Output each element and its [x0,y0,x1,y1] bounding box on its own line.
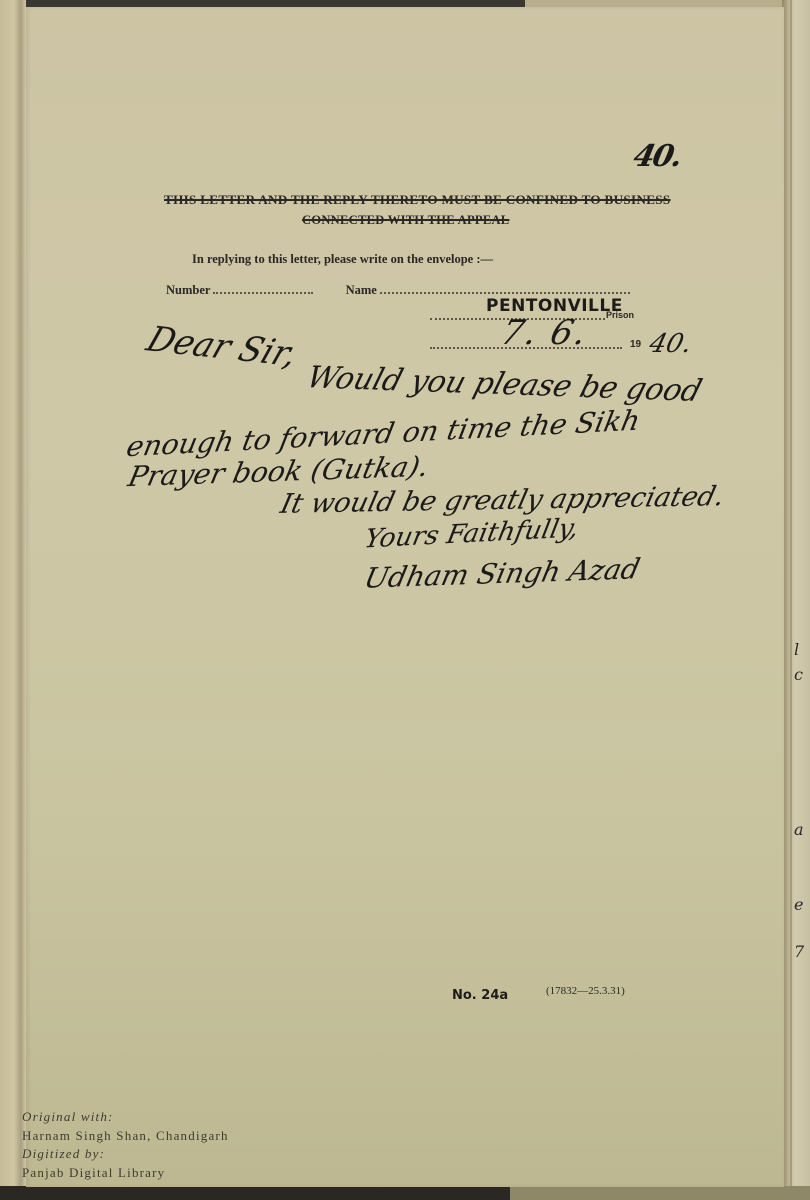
print-code: (17832—25.3.31) [546,985,625,997]
digitized-value: Panjab Digital Library [22,1164,229,1183]
book-left-edge [0,0,26,1200]
number-label: Number [166,283,210,297]
original-label: Original with: [22,1108,229,1127]
handwritten-year: 40. [646,329,695,359]
digitization-credits: Original with: Harnam Singh Shan, Chandi… [22,1108,229,1182]
adjacent-page-mark: 7 [794,942,804,961]
name-field-dots [380,284,630,294]
scan-top-shadow [20,0,525,7]
form-number: No. 24a [452,988,508,1003]
prison-label: Prison [606,310,634,320]
reply-instruction: In replying to this letter, please write… [192,252,493,267]
adjacent-page-mark: l [794,640,799,659]
adjacent-page [782,0,810,1200]
struck-header-line-1: THIS LETTER AND THE REPLY THERETO MUST B… [164,193,671,208]
adjacent-page-mark: e [794,895,803,914]
letter-line: Would you please be good [303,360,706,409]
date-field-dots [430,347,622,349]
struck-header-line-2: CONNECTED WITH THE APPEAL [302,213,509,228]
letter-signature: Udham Singh Azad [361,552,643,594]
letter-line: It would be greatly appreciated. [277,481,727,520]
scan-bottom-shadow [0,1186,510,1200]
letter-closing: Yours Faithfully, [362,513,581,554]
adjacent-page-mark: c [794,665,803,684]
folio-number: 40. [630,139,684,174]
name-label: Name [346,283,377,297]
year-prefix: 19 [630,339,641,350]
digitized-label: Digitized by: [22,1145,229,1164]
number-field-dots [213,284,313,294]
adjacent-page-mark: a [794,820,804,839]
letter-salutation: Dear Sir, [141,319,303,375]
original-value: Harnam Singh Shan, Chandigarh [22,1127,229,1146]
page-edge-line [790,0,792,1200]
letter-page: 40. THIS LETTER AND THE REPLY THERETO MU… [26,7,784,1187]
